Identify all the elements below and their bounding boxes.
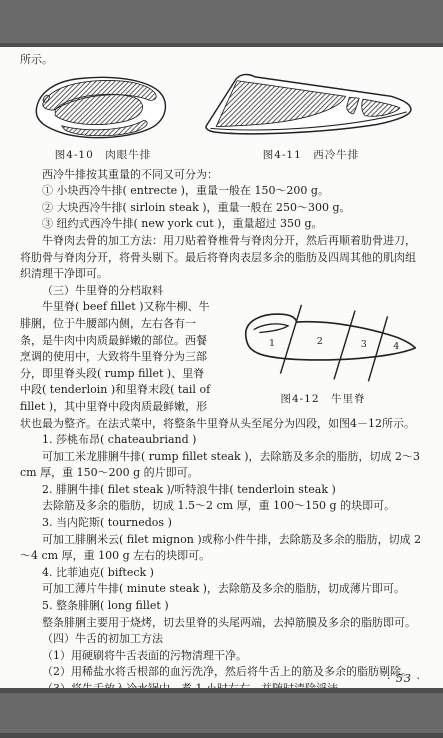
item-2-title: 2. 腓脷牛排( filet steak )/听特浪牛排( tenderloin… xyxy=(20,482,425,499)
figure-caption-4-12: 图4-12 牛里脊 xyxy=(221,391,425,406)
fillet-section: 1 2 3 4 图4-12 牛里脊 牛里脊( beef fillet )又称牛柳… xyxy=(20,299,425,432)
figure-sirloin-steak: 图4-11 西冷牛排 xyxy=(201,72,421,162)
item-3-title: 3. 当内陀斯( tournedos ) xyxy=(20,515,425,532)
sirloin-type-2: ② 大块西冷牛排( sirloin steak )，重量一般在 250～300 … xyxy=(20,200,425,217)
item-2-body: 去除筋及多余的脂肪，切成 1.5～2 cm 厚，重 100～150 g 的块即可… xyxy=(20,498,425,515)
item-3-body: 可加工腓脷米云( filet mignon )或称小件牛排，去除筋及多余的脂肪，… xyxy=(20,532,425,565)
figure-caption-4-11: 图4-11 西冷牛排 xyxy=(201,147,421,162)
item-5-title: 5. 整条腓脷( long fillet ) xyxy=(20,598,425,615)
figure-ribeye-steak: 图4-10 肉眼牛排 xyxy=(28,72,178,162)
sirloin-steak-diagram xyxy=(201,72,421,142)
tenderloin-part-2-label: 2 xyxy=(317,336,323,347)
continuation-line: 所示。 xyxy=(20,52,425,69)
scanned-book-page: 所示。 图4-10 肉眼牛排 xyxy=(0,47,443,688)
tenderloin-part-1-label: 1 xyxy=(269,338,275,349)
tongue-step-2: （2）用稀盐水将舌根部的血污洗净，然后将牛舌上的筋及多余的脂肪剔除。 xyxy=(20,664,425,681)
page-number: · 53 · xyxy=(387,672,421,685)
tenderloin-part-3-label: 3 xyxy=(361,339,367,350)
debone-paragraph: 牛脊肉去骨的加工方法：用刀贴着脊椎骨与脊肉分开，然后再顺着肋骨进刀，将肋骨与脊肉… xyxy=(20,233,425,283)
item-1-body: 可加工米龙腓脷牛排( rump fillet steak )，去除筋及多余的脂肪… xyxy=(20,449,425,482)
item-5-body: 整条腓脷主要用于烧烤，切去里脊的头尾两端，去掉筋膜及多余的脂肪即可。 xyxy=(20,615,425,632)
ribeye-steak-diagram xyxy=(28,72,178,142)
sirloin-intro: 西冷牛排按其重量的不同又可分为： xyxy=(20,167,425,184)
tongue-step-1: （1）用硬刷将牛舌表面的污物清理干净。 xyxy=(20,648,425,665)
figure-caption-4-10: 图4-10 肉眼牛排 xyxy=(28,147,178,162)
bottom-letterbox xyxy=(0,688,443,738)
item-4-title: 4. 比菲迪克( bifteck ) xyxy=(20,565,425,582)
sirloin-type-3: ③ 纽约式西冷牛排( new york cut )，重量超过 350 g。 xyxy=(20,216,425,233)
item-1-title: 1. 莎桃布昂( chateaubriand ) xyxy=(20,432,425,449)
figure-beef-tenderloin: 1 2 3 4 图4-12 牛里脊 xyxy=(221,301,425,406)
section-heading-three: （三）牛里脊的分档取料 xyxy=(20,283,425,300)
tenderloin-diagram: 1 2 3 4 xyxy=(222,301,424,389)
tenderloin-part-4-label: 4 xyxy=(393,341,399,352)
section-heading-four: （四）牛舌的初加工方法 xyxy=(20,631,425,648)
figures-row: 图4-10 肉眼牛排 图4-11 西冷牛排 xyxy=(28,72,421,162)
top-letterbox xyxy=(0,0,443,47)
sirloin-type-1: ① 小块西冷牛排( entrecte )，重量一般在 150～200 g。 xyxy=(20,183,425,200)
tongue-step-3: （3）将牛舌放入冷水锅中，煮 1 小时左右，并随时清除浮沫。 xyxy=(20,681,425,688)
item-4-body: 可加工薄片牛排( minute steak )，去除筋及多余的脂肪，切成薄片即可… xyxy=(20,581,425,598)
